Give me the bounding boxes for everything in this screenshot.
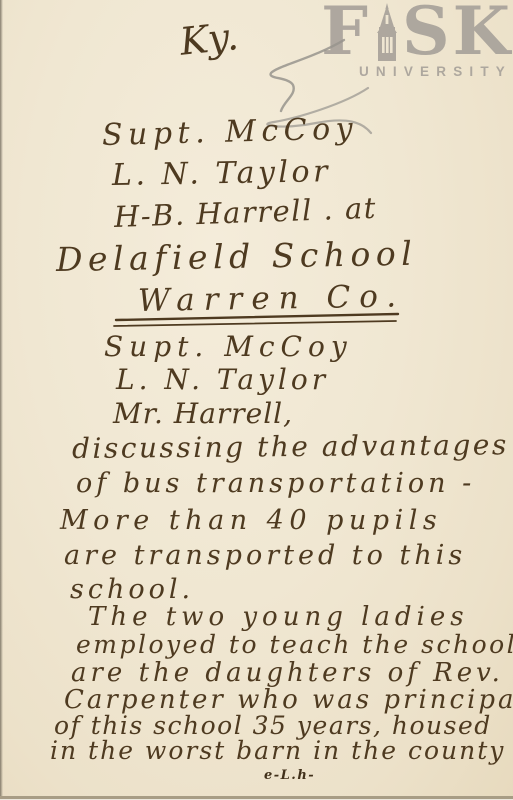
scan-edge-bottom bbox=[0, 794, 513, 800]
handwritten-line: Supt. McCoy bbox=[104, 330, 353, 363]
handwritten-initials: e-L.h- bbox=[264, 768, 315, 783]
handwritten-line-harrell: H-B. Harrell . at bbox=[113, 191, 377, 234]
handwritten-line: L. N. Taylor bbox=[116, 363, 329, 396]
county-line: Warren Co. bbox=[138, 278, 406, 319]
wordmark-letter-f: F bbox=[321, 2, 371, 60]
handwritten-line: in the worst barn in the county bbox=[50, 736, 505, 765]
scanned-handwritten-note: F SK UNIVERSITY bbox=[0, 0, 513, 800]
tower-icon bbox=[374, 3, 400, 61]
handwritten-line: More than 40 pupils bbox=[60, 505, 442, 536]
handwritten-line: are the daughters of Rev. bbox=[71, 658, 504, 688]
handwritten-line: discussing the advantages bbox=[72, 428, 509, 465]
handwritten-line: school. bbox=[70, 574, 194, 605]
school-name-line: Delafield School bbox=[56, 234, 418, 279]
fisk-university-watermark: F SK UNIVERSITY bbox=[321, 2, 513, 79]
state-label: Ky. bbox=[178, 14, 243, 64]
handwritten-line-taylor: L. N. Taylor bbox=[112, 154, 331, 193]
handwritten-line: are transported to this bbox=[64, 540, 466, 571]
handwritten-line: Mr. Harrell, bbox=[113, 397, 293, 430]
handwritten-line: employed to teach the school bbox=[76, 630, 513, 659]
fisk-wordmark: F SK bbox=[321, 2, 513, 61]
handwritten-line: The two young ladies bbox=[88, 602, 469, 632]
wordmark-letters-sk: SK bbox=[402, 2, 513, 60]
handwritten-line-supt-mccoy: Supt. McCoy bbox=[102, 111, 359, 153]
scan-edge-left bbox=[0, 0, 3, 800]
handwritten-line: of bus transportation - bbox=[76, 468, 475, 499]
warren-underline-bottom bbox=[114, 321, 396, 326]
